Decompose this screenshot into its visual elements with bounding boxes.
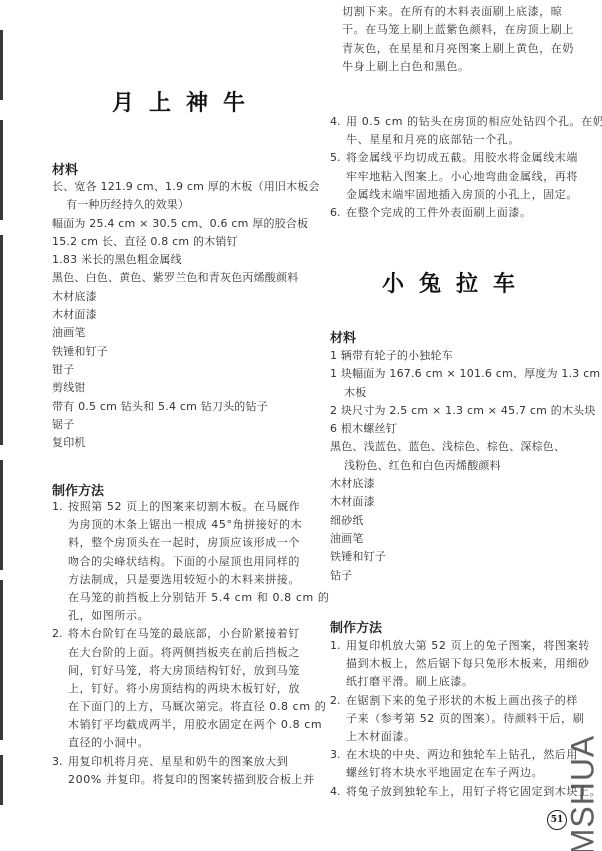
material-item: 木材底漆	[52, 288, 320, 306]
step-line: 为房顶的木条上锯出一根成 45°角拼接好的木	[68, 516, 330, 534]
step-number: 4.	[330, 113, 346, 149]
material-item: 铁锤和钉子	[330, 548, 602, 566]
step-line: 用 0.5 cm 的钻头在房顶的相应处钻四个孔。在奶	[346, 113, 602, 131]
step-text: 在木块的中央、两边和独轮车上钻孔，然后用螺丝钉将木块水平地固定在车子两边。	[346, 746, 578, 782]
material-item: 油画笔	[52, 324, 320, 342]
step-text: 按照第 52 页上的图案来切割木板。在马厩作为房顶的木条上锯出一根成 45°角拼…	[68, 498, 330, 625]
text-line: 干。在马笼上刷上蓝紫色颜料，在房顶上刷上	[342, 21, 574, 39]
method-steps: 1.用复印机放大第 52 页上的兔子图案，将图案转描到木板上，然后锯下每只兔形木…	[330, 637, 560, 801]
step-line: 螺丝钉将木块水平地固定在车子两边。	[346, 764, 578, 782]
step-number: 4.	[330, 783, 346, 801]
scan-edge-strip	[0, 0, 4, 851]
continued-step-text: 切割下来。在所有的木料表面刷上底漆，晾干。在马笼上刷上蓝紫色颜料，在房顶上刷上青…	[342, 3, 574, 76]
step-text: 用复印机放大第 52 页上的兔子图案，将图案转描到木板上，然后锯下每只兔形木板来…	[346, 637, 590, 692]
step-number: 2.	[330, 692, 346, 747]
step-number: 1.	[52, 498, 68, 625]
continued-method-steps: 4.用 0.5 cm 的钻头在房顶的相应处钻四个孔。在奶牛、星星和月亮的底部钻一…	[330, 113, 560, 222]
method-heading: 制作方法	[330, 617, 382, 636]
material-item: 铁锤和钉子	[52, 343, 320, 361]
method-step: 1.按照第 52 页上的图案来切割木板。在马厩作为房顶的木条上锯出一根成 45°…	[52, 498, 322, 625]
watermark-text: MSHUA	[565, 735, 602, 851]
step-line: 按照第 52 页上的图案来切割木板。在马厩作	[68, 498, 330, 516]
step-line: 木销钉平均截成两半，用胶水固定在两个 0.8 cm	[68, 716, 326, 734]
watermark: MSHUA	[566, 740, 600, 850]
material-item: 1 辆带有轮子的小独轮车	[330, 347, 602, 365]
material-item: 油画笔	[330, 530, 602, 548]
step-line: 在整个完成的工件外表面刷上面漆。	[346, 204, 560, 222]
step-text: 在整个完成的工件外表面刷上面漆。	[346, 204, 560, 222]
step-number: 3.	[330, 746, 346, 782]
method-step: 1.用复印机放大第 52 页上的兔子图案，将图案转描到木板上，然后锯下每只兔形木…	[330, 637, 560, 692]
step-number: 1.	[330, 637, 346, 692]
step-line: 在锯割下来的兔子形状的木板上画出孩子的样	[346, 692, 584, 710]
method-step: 4.将兔子放到独轮车上，用钉子将它固定到木块上。	[330, 783, 560, 801]
step-number: 2.	[52, 625, 68, 752]
scan-edge-segment	[0, 755, 3, 805]
text-line: 切割下来。在所有的木料表面刷上底漆，晾	[342, 3, 574, 21]
step-line: 200% 并复印。将复印的图案转描到胶合板上并	[68, 771, 322, 789]
material-item: 剪线钳	[52, 379, 320, 397]
step-line: 子来（参考第 52 页的图案）。待颜料干后，刷	[346, 710, 584, 728]
step-line: 上木材面漆。	[346, 728, 584, 746]
method-heading: 制作方法	[52, 480, 104, 499]
step-number: 5.	[330, 149, 346, 204]
text-line: 青灰色，在星星和月亮图案上刷上黄色，在奶	[342, 40, 574, 58]
step-text: 用 0.5 cm 的钻头在房顶的相应处钻四个孔。在奶牛、星星和月亮的底部钻一个孔…	[346, 113, 602, 149]
step-line: 将兔子放到独轮车上，用钉子将它固定到木块上。	[346, 783, 601, 801]
step-line: 在木块的中央、两边和独轮车上钻孔，然后用	[346, 746, 578, 764]
step-line: 直径的小洞中。	[68, 734, 326, 752]
step-line: 牢牢地粘入图案上。小心地弯曲金属线，再将	[346, 168, 578, 186]
material-item: 有一种历经持久的效果）	[52, 196, 320, 214]
step-line: 间，钉好马笼，将大房顶结构钉好，放到马笼	[68, 662, 326, 680]
step-number: 6.	[330, 204, 346, 222]
step-text: 将金属线平均切成五截。用胶水将金属线末端牢牢地粘入图案上。小心地弯曲金属线，再将…	[346, 149, 578, 204]
materials-list: 1 辆带有轮子的小独轮车1 块幅面为 167.6 cm × 101.6 cm、厚…	[330, 347, 602, 585]
material-item: 木材面漆	[330, 493, 602, 511]
step-line: 将木台阶钉在马笼的最底部，小台阶紧接着钉	[68, 625, 326, 643]
method-steps: 1.按照第 52 页上的图案来切割木板。在马厩作为房顶的木条上锯出一根成 45°…	[52, 498, 322, 789]
material-item: 带有 0.5 cm 钻头和 5.4 cm 钻刀头的钻子	[52, 398, 320, 416]
material-item: 1.83 米长的黑色粗金属线	[52, 251, 320, 269]
step-text: 用复印机将月亮、星星和奶牛的图案放大到200% 并复印。将复印的图案转描到胶合板…	[68, 753, 322, 789]
text-line: 牛身上刷上白色和黑色。	[342, 58, 574, 76]
material-item: 木材底漆	[330, 475, 602, 493]
material-item: 黑色、浅蓝色、蓝色、浅棕色、棕色、深棕色、	[330, 438, 602, 456]
scan-edge-segment	[0, 120, 3, 220]
step-line: 在大台阶的上面。将两侧挡板夹在前后挡板之	[68, 644, 326, 662]
material-item: 木板	[330, 384, 602, 402]
material-item: 钻子	[330, 567, 602, 585]
step-line: 方法制成，只是要选用较短小的木料来拼接。	[68, 571, 330, 589]
materials-list: 长、宽各 121.9 cm、1.9 cm 厚的木板（用旧木板会有一种历经持久的效…	[52, 178, 320, 452]
step-number: 3.	[52, 753, 68, 789]
material-item: 细砂纸	[330, 512, 602, 530]
step-line: 孔，如图所示。	[68, 607, 330, 625]
material-item: 木材面漆	[52, 306, 320, 324]
scan-edge-segment	[0, 460, 3, 570]
step-line: 描到木板上，然后锯下每只兔形木板来，用细砂	[346, 655, 590, 673]
material-item: 黑色、白色、黄色、紫罗兰色和青灰色丙烯酸颜料	[52, 269, 320, 287]
scan-edge-segment	[0, 235, 3, 445]
method-step: 3.用复印机将月亮、星星和奶牛的图案放大到200% 并复印。将复印的图案转描到胶…	[52, 753, 322, 789]
materials-heading: 材料	[52, 159, 78, 178]
step-text: 将木台阶钉在马笼的最底部，小台阶紧接着钉在大台阶的上面。将两侧挡板夹在前后挡板之…	[68, 625, 326, 752]
step-line: 上，钉好。将小房顶结构的两块木板钉好，放	[68, 680, 326, 698]
materials-heading: 材料	[330, 327, 356, 346]
material-item: 1 块幅面为 167.6 cm × 101.6 cm、厚度为 1.3 cm 的	[330, 365, 602, 383]
method-step: 2.在锯割下来的兔子形状的木板上画出孩子的样子来（参考第 52 页的图案）。待颜…	[330, 692, 560, 747]
material-item: 浅粉色、红色和白色丙烯酸颜料	[330, 457, 602, 475]
step-line: 吻合的尖峰状结构。下面的小屋顶也用同样的	[68, 553, 330, 571]
step-line: 金属线末端牢固地插入房顶的小孔上，固定。	[346, 186, 578, 204]
step-line: 纸打磨平滑。刷上底漆。	[346, 673, 590, 691]
material-item: 锯子	[52, 416, 320, 434]
step-line: 牛、星星和月亮的底部钻一个孔。	[346, 131, 602, 149]
step-text: 在锯割下来的兔子形状的木板上画出孩子的样子来（参考第 52 页的图案）。待颜料干…	[346, 692, 584, 747]
material-item: 长、宽各 121.9 cm、1.9 cm 厚的木板（用旧木板会	[52, 178, 320, 196]
material-item: 钳子	[52, 361, 320, 379]
method-step: 5.将金属线平均切成五截。用胶水将金属线末端牢牢地粘入图案上。小心地弯曲金属线，…	[330, 149, 560, 204]
material-item: 6 根木螺丝钉	[330, 420, 602, 438]
method-step: 3.在木块的中央、两边和独轮车上钻孔，然后用螺丝钉将木块水平地固定在车子两边。	[330, 746, 560, 782]
method-step: 4.用 0.5 cm 的钻头在房顶的相应处钻四个孔。在奶牛、星星和月亮的底部钻一…	[330, 113, 560, 149]
material-item: 幅面为 25.4 cm × 30.5 cm、0.6 cm 厚的胶合板	[52, 215, 320, 233]
scan-edge-segment	[0, 580, 3, 740]
step-line: 用复印机放大第 52 页上的兔子图案，将图案转	[346, 637, 590, 655]
scan-edge-segment	[0, 30, 3, 100]
material-item: 复印机	[52, 434, 320, 452]
step-text: 将兔子放到独轮车上，用钉子将它固定到木块上。	[346, 783, 601, 801]
step-line: 将金属线平均切成五截。用胶水将金属线末端	[346, 149, 578, 167]
material-item: 15.2 cm 长、直径 0.8 cm 的木销钉	[52, 233, 320, 251]
step-line: 在马笼的前挡板上分别钻开 5.4 cm 和 0.8 cm 的	[68, 589, 330, 607]
step-line: 在下面门的上方，马厩次第完。将直径 0.8 cm 的	[68, 698, 326, 716]
method-step: 2.将木台阶钉在马笼的最底部，小台阶紧接着钉在大台阶的上面。将两侧挡板夹在前后挡…	[52, 625, 322, 752]
material-item: 2 块尺寸为 2.5 cm × 1.3 cm × 45.7 cm 的木头块	[330, 402, 602, 420]
step-line: 用复印机将月亮、星星和奶牛的图案放大到	[68, 753, 322, 771]
project-title-moon-cow: 月上神牛	[112, 86, 260, 117]
method-step: 6.在整个完成的工件外表面刷上面漆。	[330, 204, 560, 222]
project-title-bunny-cart: 小兔拉车	[382, 267, 530, 298]
step-line: 料，整个房顶头在一起时，房顶应该形成一个	[68, 534, 330, 552]
